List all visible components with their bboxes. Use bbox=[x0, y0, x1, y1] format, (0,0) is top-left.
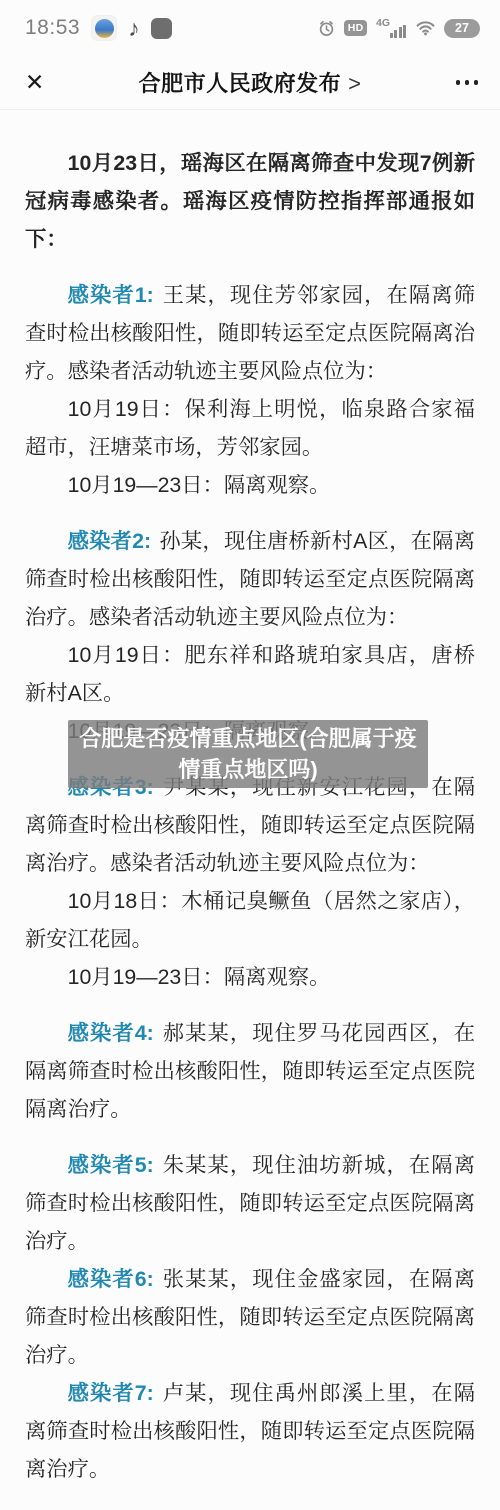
chevron-right-icon: > bbox=[348, 71, 361, 96]
signal-bars bbox=[390, 25, 407, 38]
case-label: 感染者6: bbox=[68, 1267, 154, 1291]
network-type-label: 4G bbox=[376, 17, 390, 29]
article-content: 10月23日，瑶海区在隔离筛查中发现7例新冠病毒感染者。瑶海区疫情防控指挥部通报… bbox=[0, 110, 500, 1488]
case-label: 感染者1: bbox=[68, 283, 154, 307]
case-paragraph: 感染者4:郝某某，现住罗马花园西区，在隔离筛查时检出核酸阳性，随即转运至定点医院… bbox=[25, 1014, 475, 1128]
gov-app-emblem bbox=[95, 19, 114, 38]
gov-app-icon bbox=[91, 15, 117, 41]
alarm-clock-icon bbox=[318, 20, 335, 37]
battery-indicator: 27 bbox=[444, 19, 480, 38]
track-paragraph: 10月18日：木桶记臭鳜鱼（居然之家店），新安江花园。 bbox=[25, 882, 475, 958]
clock-time: 18:53 bbox=[25, 16, 80, 40]
nav-bar: ✕ 合肥市人民政府发布> bbox=[0, 56, 500, 110]
status-bar-right: HD 4G 27 bbox=[318, 17, 480, 40]
case-paragraph: 感染者1:王某，现住芳邻家园，在隔离筛查时检出核酸阳性，随即转运至定点医院隔离治… bbox=[25, 276, 475, 390]
article-body: 感染者1:王某，现住芳邻家园，在隔离筛查时检出核酸阳性，随即转运至定点医院隔离治… bbox=[25, 276, 475, 1488]
more-menu-icon[interactable] bbox=[456, 74, 479, 91]
account-name: 合肥市人民政府发布 bbox=[139, 71, 342, 96]
track-paragraph: 10月19日：肥东祥和路琥珀家具店，唐桥新村A区。 bbox=[25, 636, 475, 712]
case-label: 感染者5: bbox=[68, 1153, 154, 1177]
case-label: 感染者2: bbox=[68, 529, 152, 553]
case-paragraph: 感染者7:卢某，现住禹州郎溪上里，在隔离筛查时检出核酸阳性，随即转运至定点医院隔… bbox=[25, 1374, 475, 1488]
tiktok-icon: ♪ bbox=[128, 17, 140, 40]
track-paragraph: 10月19日：保利海上明悦，临泉路合家福超市，汪塘菜市场，芳邻家园。 bbox=[25, 390, 475, 466]
track-paragraph: 10月19—23日：隔离观察。 bbox=[25, 958, 475, 996]
case-paragraph: 感染者2:孙某，现住唐桥新村A区，在隔离筛查时检出核酸阳性，随即转运至定点医院隔… bbox=[25, 522, 475, 636]
case-label: 感染者4: bbox=[68, 1021, 154, 1045]
case-paragraph: 感染者6:张某某，现住金盛家园，在隔离筛查时检出核酸阳性，随即转运至定点医院隔离… bbox=[25, 1260, 475, 1374]
intro-paragraph: 10月23日，瑶海区在隔离筛查中发现7例新冠病毒感染者。瑶海区疫情防控指挥部通报… bbox=[25, 144, 475, 258]
watermark-overlay: 合肥是否疫情重点地区(合肥属于疫情重点地区吗) bbox=[68, 720, 428, 788]
wifi-icon bbox=[416, 20, 435, 36]
track-paragraph: 10月19—23日：隔离观察。 bbox=[25, 466, 475, 504]
hd-badge: HD bbox=[344, 20, 367, 36]
case-label: 感染者7: bbox=[68, 1381, 154, 1405]
page-title[interactable]: 合肥市人民政府发布> bbox=[60, 67, 440, 98]
app-notification-icon bbox=[151, 18, 172, 39]
case-paragraph: 感染者5:朱某某，现住油坊新城，在隔离筛查时检出核酸阳性，随即转运至定点医院隔离… bbox=[25, 1146, 475, 1260]
status-bar: 18:53 ♪ HD 4G 27 bbox=[0, 0, 500, 56]
cell-signal-icon: 4G bbox=[376, 17, 407, 40]
status-bar-left: 18:53 ♪ bbox=[25, 15, 172, 41]
close-icon[interactable]: ✕ bbox=[25, 71, 44, 94]
